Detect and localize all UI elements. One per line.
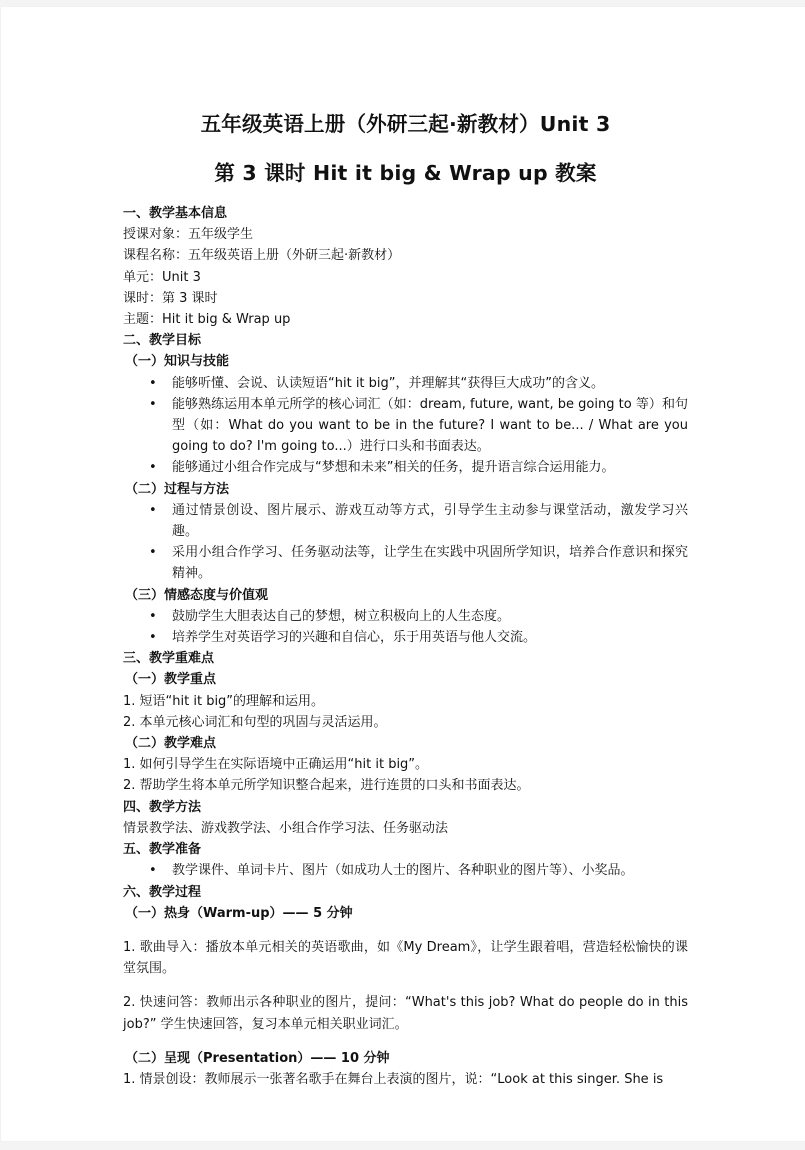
document-body: 一、教学基本信息 授课对象：五年级学生 课程名称：五年级英语上册（外研三起·新教…	[123, 203, 688, 1090]
section-heading-key-points: 三、教学重难点	[123, 648, 688, 669]
paragraph: 1. 歌曲导入：播放本单元相关的英语歌曲，如《My Dream》，让学生跟着唱，…	[123, 937, 688, 979]
bullet-icon: •	[149, 373, 157, 394]
paragraph: 2. 快速问答：教师出示各种职业的图片，提问：“What's this job?…	[123, 992, 688, 1034]
methods-text: 情景教学法、游戏教学法、小组合作学习法、任务驱动法	[123, 818, 688, 839]
list-item: •能够听懂、会说、认读短语“hit it big”，并理解其“获得巨大成功”的含…	[123, 373, 688, 394]
subheading-process-methods: （二）过程与方法	[123, 479, 688, 500]
subheading-focus: （一）教学重点	[123, 669, 688, 690]
section-heading-basic-info: 一、教学基本信息	[123, 203, 688, 224]
section-heading-methods: 四、教学方法	[123, 797, 688, 818]
section-heading-objectives: 二、教学目标	[123, 330, 688, 351]
list-item: •教学课件、单词卡片、图片（如成功人士的图片、各种职业的图片等）、小奖品。	[123, 860, 688, 881]
section-heading-procedure: 六、教学过程	[123, 882, 688, 903]
field-unit: 单元：Unit 3	[123, 267, 688, 288]
bullet-icon: •	[149, 860, 157, 881]
document-title: 五年级英语上册（外研三起·新教材）Unit 3	[123, 111, 688, 138]
document-subtitle: 第 3 课时 Hit it big & Wrap up 教案	[123, 160, 688, 187]
section-heading-preparation: 五、教学准备	[123, 839, 688, 860]
bullet-icon: •	[149, 500, 157, 521]
subheading-knowledge-skills: （一）知识与技能	[123, 351, 688, 372]
list-item: 2. 本单元核心词汇和句型的巩固与灵活运用。	[123, 712, 688, 733]
field-lesson: 课时：第 3 课时	[123, 288, 688, 309]
list-item: •培养学生对英语学习的兴趣和自信心，乐于用英语与他人交流。	[123, 627, 688, 648]
field-audience: 授课对象：五年级学生	[123, 224, 688, 245]
subheading-attitudes-values: （三）情感态度与价值观	[123, 585, 688, 606]
bullet-icon: •	[149, 627, 157, 648]
subheading-presentation: （二）呈现（Presentation）—— 10 分钟	[123, 1048, 688, 1069]
field-topic: 主题：Hit it big & Wrap up	[123, 309, 688, 330]
list-item: •鼓励学生大胆表达自己的梦想，树立积极向上的人生态度。	[123, 606, 688, 627]
field-course-name: 课程名称：五年级英语上册（外研三起·新教材）	[123, 245, 688, 266]
bullet-icon: •	[149, 542, 157, 563]
list-item: •能够通过小组合作完成与“梦想和未来”相关的任务，提升语言综合运用能力。	[123, 457, 688, 478]
list-item: •通过情景创设、图片展示、游戏互动等方式，引导学生主动参与课堂活动，激发学习兴趣…	[123, 500, 688, 542]
subheading-warm-up: （一）热身（Warm-up）—— 5 分钟	[123, 903, 688, 924]
bullet-icon: •	[149, 394, 157, 415]
document-page: 五年级英语上册（外研三起·新教材）Unit 3 第 3 课时 Hit it bi…	[1, 7, 805, 1141]
document-content: 五年级英语上册（外研三起·新教材）Unit 3 第 3 课时 Hit it bi…	[123, 111, 688, 1090]
list-item: 1. 短语“hit it big”的理解和运用。	[123, 691, 688, 712]
list-item: 1. 如何引导学生在实际语境中正确运用“hit it big”。	[123, 754, 688, 775]
subheading-difficulties: （二）教学难点	[123, 733, 688, 754]
paragraph: 1. 情景创设：教师展示一张著名歌手在舞台上表演的图片，说：“Look at t…	[123, 1069, 688, 1090]
list-item: •采用小组合作学习、任务驱动法等，让学生在实践中巩固所学知识，培养合作意识和探究…	[123, 542, 688, 584]
list-item: •能够熟练运用本单元所学的核心词汇（如：dream, future, want,…	[123, 394, 688, 458]
bullet-icon: •	[149, 606, 157, 627]
list-item: 2. 帮助学生将本单元所学知识整合起来，进行连贯的口头和书面表达。	[123, 775, 688, 796]
bullet-icon: •	[149, 457, 157, 478]
